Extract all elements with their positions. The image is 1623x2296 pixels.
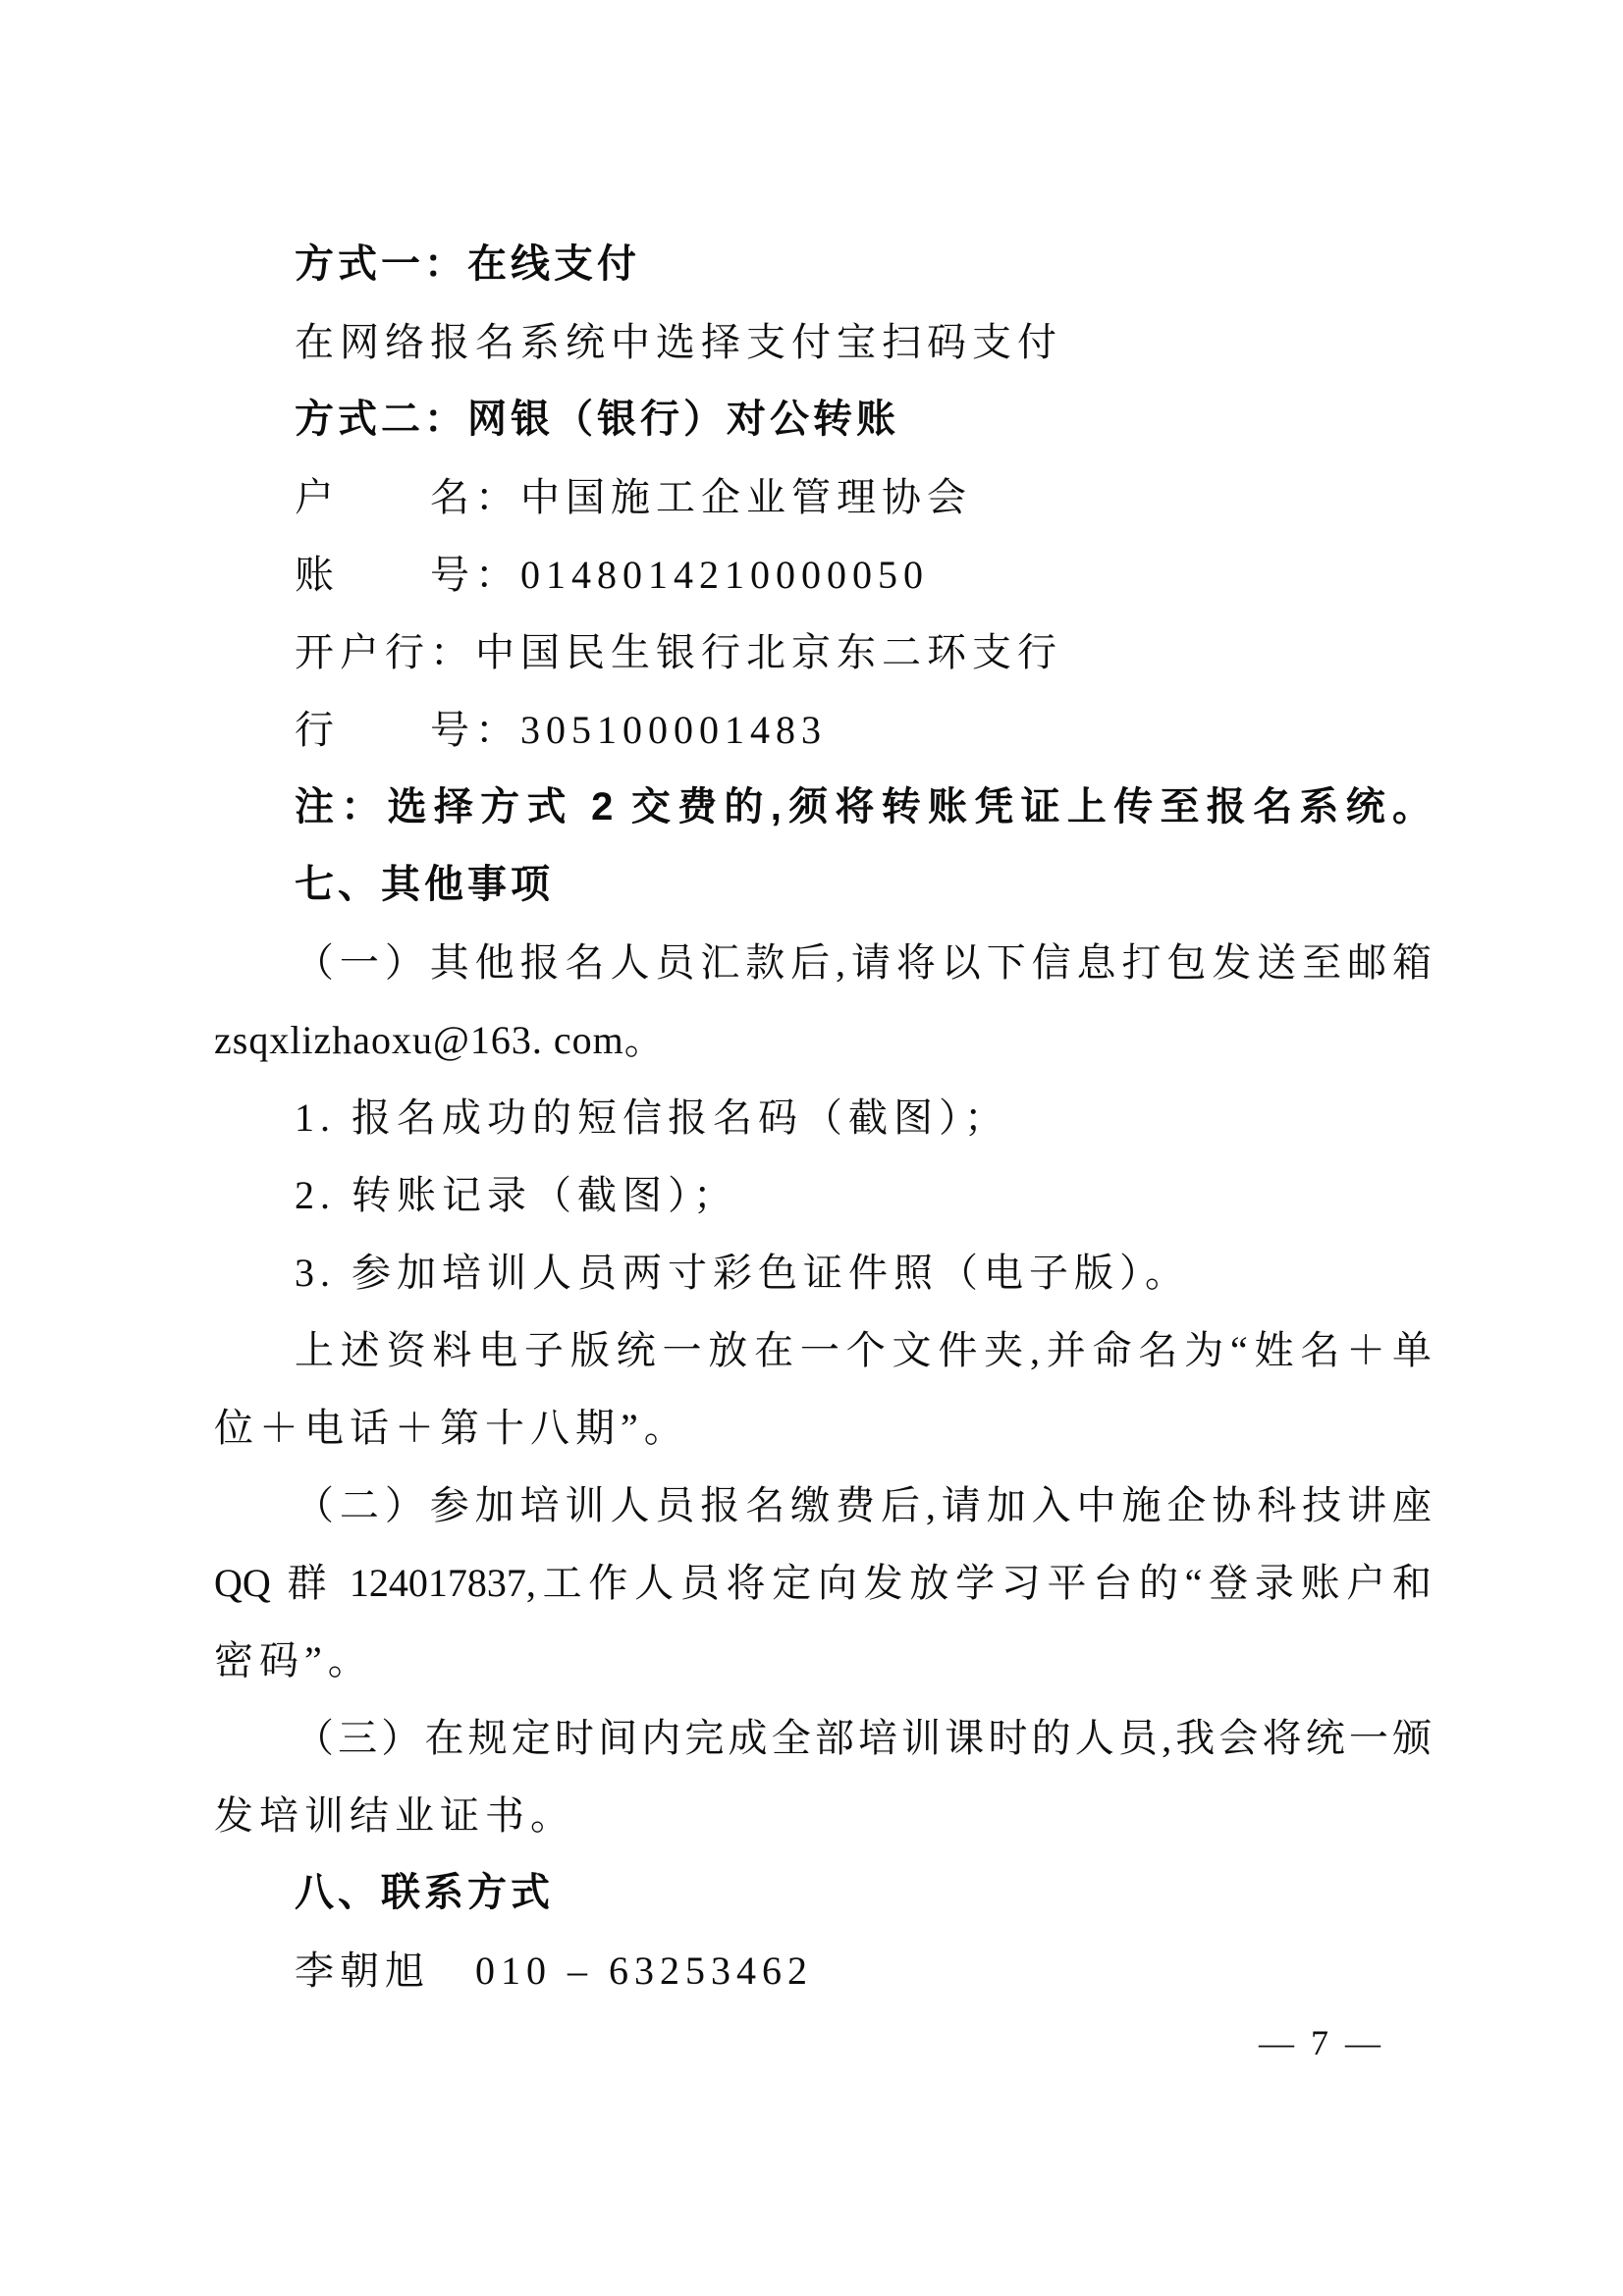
item-2-paragraph-line-2: QQ 群 124017837,工作人员将定向发放学习平台的“登录账户和 — [214, 1544, 1432, 1622]
payment-method-2-heading: 方式二：网银（银行）对公转账 — [214, 381, 1432, 458]
bank-branch-line: 开户行：中国民生银行北京东二环支行 — [214, 614, 1432, 691]
payment-method-1-description: 在网络报名系统中选择支付宝扫码支付 — [214, 303, 1432, 381]
payment-method-1-heading: 方式一：在线支付 — [214, 226, 1432, 303]
item-1-paragraph-line-1: （一）其他报名人员汇款后,请将以下信息打包发送至邮箱 — [214, 924, 1432, 1001]
list-item-1: 1. 报名成功的短信报名码（截图）； — [214, 1079, 1432, 1156]
contact-person-line: 李朝旭 010 – 63253462 — [214, 1932, 1432, 2009]
account-name-line: 户 名：中国施工企业管理协会 — [214, 458, 1432, 536]
payment-note-line: 注：选择方式 2 交费的,须将转账凭证上传至报名系统。 — [214, 769, 1432, 846]
bank-code-line: 行 号：305100001483 — [214, 691, 1432, 769]
list-item-2: 2. 转账记录（截图）； — [214, 1156, 1432, 1234]
item-3-paragraph-line-2: 发培训结业证书。 — [214, 1777, 1432, 1854]
document-body: 方式一：在线支付 在网络报名系统中选择支付宝扫码支付 方式二：网银（银行）对公转… — [214, 226, 1432, 2009]
folder-naming-line-2: 位＋电话＋第十八期”。 — [214, 1389, 1432, 1467]
folder-naming-line-1: 上述资料电子版统一放在一个文件夹,并命名为“姓名＋单 — [214, 1311, 1432, 1389]
item-2-paragraph-line-1: （二）参加培训人员报名缴费后,请加入中施企协科技讲座 — [214, 1467, 1432, 1544]
page-number: — 7 — — [1259, 2022, 1384, 2063]
item-3-paragraph-line-1: （三）在规定时间内完成全部培训课时的人员,我会将统一颁 — [214, 1699, 1432, 1777]
list-item-3: 3. 参加培训人员两寸彩色证件照（电子版）。 — [214, 1234, 1432, 1311]
account-number-line: 账 号：0148014210000050 — [214, 536, 1432, 614]
item-2-paragraph-line-3: 密码”。 — [214, 1622, 1432, 1699]
document-page: 方式一：在线支付 在网络报名系统中选择支付宝扫码支付 方式二：网银（银行）对公转… — [0, 0, 1623, 2296]
section-7-heading: 七、其他事项 — [214, 846, 1432, 924]
section-8-heading: 八、联系方式 — [214, 1854, 1432, 1932]
email-address-line: zsqxlizhaoxu@163. com。 — [214, 1001, 1432, 1079]
